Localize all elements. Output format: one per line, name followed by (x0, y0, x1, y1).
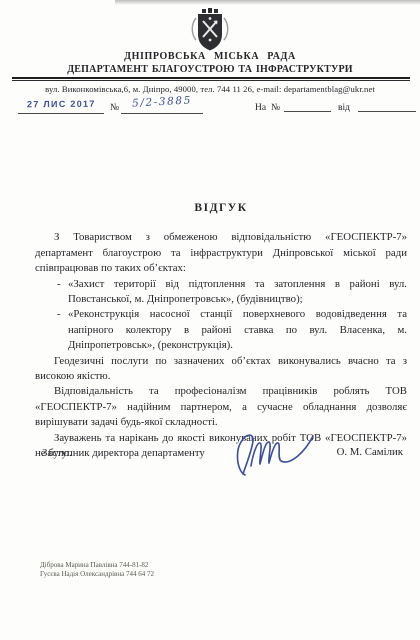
outgoing-date-field: 27 ЛИС 2017 (18, 99, 104, 114)
list-item: - «Реконструкція насосної станції поверх… (35, 307, 407, 353)
header-divider (12, 77, 410, 81)
footer-contacts: Діброва Марина Павлівна 744-81-82 Гусєва… (40, 561, 154, 579)
incoming-number-blank (284, 98, 331, 112)
city-coat-of-arms-icon (189, 7, 231, 51)
list-marker: - (57, 307, 61, 322)
document-title: ВІДГУК (35, 201, 407, 216)
list-item-text: «Захист території від підтоплення та зат… (68, 278, 407, 305)
organization-name: ДНІПРОВСЬКА МІСЬКА РАДА (0, 51, 420, 62)
incoming-vid-label: від (338, 103, 350, 113)
reference-row: 27 ЛИС 2017 № 5/2-3885 На № від (18, 98, 402, 120)
list-item: - «Захист території від підтоплення та з… (35, 277, 407, 308)
outgoing-number-label: № (110, 103, 119, 113)
list-marker: - (57, 277, 61, 292)
intro-paragraph: З Товариством з обмеженою відповідальніс… (35, 230, 407, 276)
signer-name: О. М. Самілик (337, 446, 403, 458)
contact-line: Гусєва Надія Олександрівна 744 64 72 (40, 570, 154, 579)
department-name: ДЕПАРТАМЕНТ БЛАГОУСТРОЮ ТА ІНФРАСТРУКТУР… (0, 64, 420, 75)
handwritten-signature-icon (229, 423, 317, 487)
contact-line: Діброва Марина Павлівна 744-81-82 (40, 561, 154, 570)
incoming-number-label: № (271, 103, 280, 113)
document-body: ВІДГУК З Товариством з обмеженою відпові… (35, 196, 407, 462)
scan-artifact (115, 0, 420, 5)
list-item-text: «Реконструкція насосної станції поверхне… (68, 308, 407, 351)
date-stamp: 27 ЛИС 2017 (27, 99, 96, 109)
incoming-na-label: На (255, 103, 266, 113)
signer-title: Заступник директора департаменту (42, 447, 205, 459)
handwritten-number: 5/2-3885 (132, 94, 193, 109)
outgoing-number-field: 5/2-3885 (121, 96, 203, 114)
scanned-letter-page: ДНІПРОВСЬКА МІСЬКА РАДА ДЕПАРТАМЕНТ БЛАГ… (0, 0, 420, 640)
body-paragraph: Відповідальність та професіоналізм праці… (35, 384, 407, 430)
body-paragraph: Геодезичні послуги по зазначених об’єкта… (35, 354, 407, 385)
incoming-date-blank (358, 98, 416, 112)
address-line: вул. Виконкомівська,6, м. Дніпро, 49000,… (0, 84, 420, 94)
